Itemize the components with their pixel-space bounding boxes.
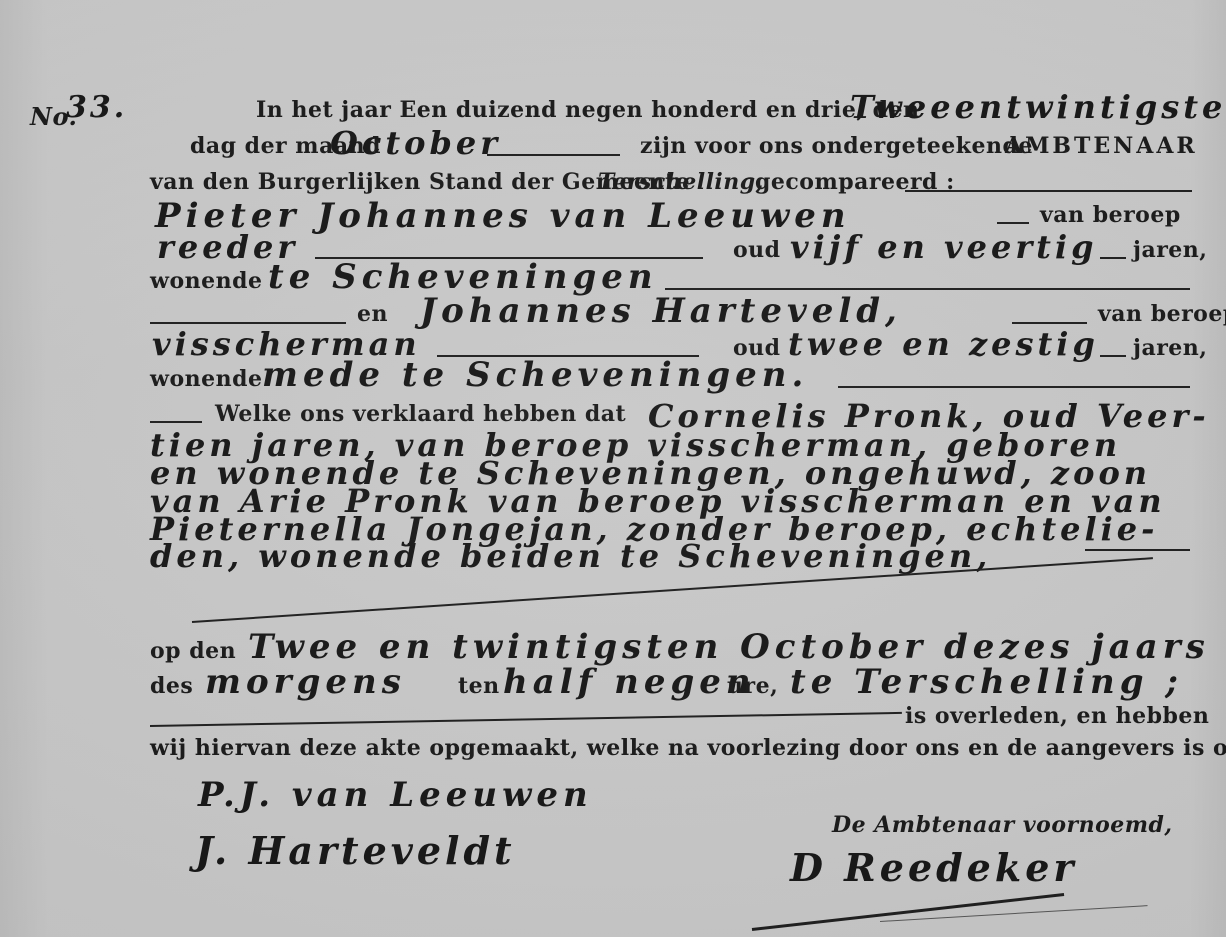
- declarant2-age: twee en zestig: [788, 325, 1099, 363]
- filler-rule: [150, 322, 346, 324]
- officer-signature: D Reedeker: [790, 845, 1077, 890]
- oud-label-1: oud: [733, 237, 781, 263]
- declarant2-beroep-label: van beroep: [1098, 301, 1226, 327]
- op-den-label: op den: [150, 638, 236, 664]
- hour-entry: half negen: [503, 662, 756, 702]
- overleden-text: is overleden, en hebben: [905, 703, 1209, 729]
- filler-rule: [838, 386, 1190, 388]
- filler-dash: [1085, 549, 1190, 551]
- death-date-entry: Twee en twintigsten October dezes jaars: [248, 627, 1210, 667]
- filler-dash: [1012, 322, 1087, 324]
- wonende-label-1: wonende: [150, 268, 262, 294]
- ambtenaar-word: AMBTENAAR: [1005, 133, 1198, 159]
- filler-dash: [150, 421, 202, 423]
- intro-line1-printed: In het jaar Een duizend negen honderd en…: [256, 97, 920, 123]
- month-entry: October: [330, 124, 501, 162]
- jaren-label-1: jaren,: [1133, 237, 1207, 263]
- filler-rule: [905, 190, 1192, 192]
- en-label: en: [357, 301, 388, 327]
- death-certificate-document: No. 33. In het jaar Een duizend negen ho…: [0, 0, 1226, 937]
- witness1-signature: P.J. van Leeuwen: [198, 775, 593, 815]
- declaration-lead: Welke ons verklaard hebben dat: [215, 401, 626, 427]
- officer-title: De Ambtenaar voornoemd,: [832, 812, 1173, 838]
- daypart-entry: morgens: [205, 662, 406, 702]
- wonende-label-2: wonende: [150, 366, 262, 392]
- deceased-entry-line6: den, wonende beiden te Scheveningen,: [150, 537, 991, 575]
- ten-label: ten: [458, 673, 500, 699]
- intro-line1-handwritten: Tweeentwintigsten: [850, 88, 1226, 126]
- signature-flourish-line-thin: [880, 905, 1148, 922]
- filler-dash: [1100, 355, 1126, 357]
- witness2-signature: J. Harteveldt: [195, 828, 516, 873]
- declarant2-residence: mede te Scheveningen.: [262, 355, 808, 395]
- filler-rule: [150, 712, 902, 727]
- death-place-entry: te Terschelling ;: [790, 662, 1183, 702]
- filler-rule: [665, 288, 1190, 290]
- gemeente-name: Terschelling,: [598, 169, 764, 195]
- declarant1-beroep-label: van beroep: [1040, 202, 1181, 228]
- act-number: 33.: [66, 90, 127, 125]
- ure-label: ure,: [727, 673, 778, 699]
- closing-text: wij hiervan deze akte opgemaakt, welke n…: [150, 735, 1226, 761]
- filler-rule: [487, 154, 620, 156]
- filler-dash: [997, 222, 1029, 224]
- intro-line2-printed: zijn voor ons ondergeteekende: [640, 133, 1033, 159]
- des-label: des: [150, 673, 193, 699]
- jaren-label-2: jaren,: [1133, 335, 1207, 361]
- declarant1-age: vijf en veertig: [790, 228, 1097, 266]
- filler-dash: [1100, 257, 1126, 259]
